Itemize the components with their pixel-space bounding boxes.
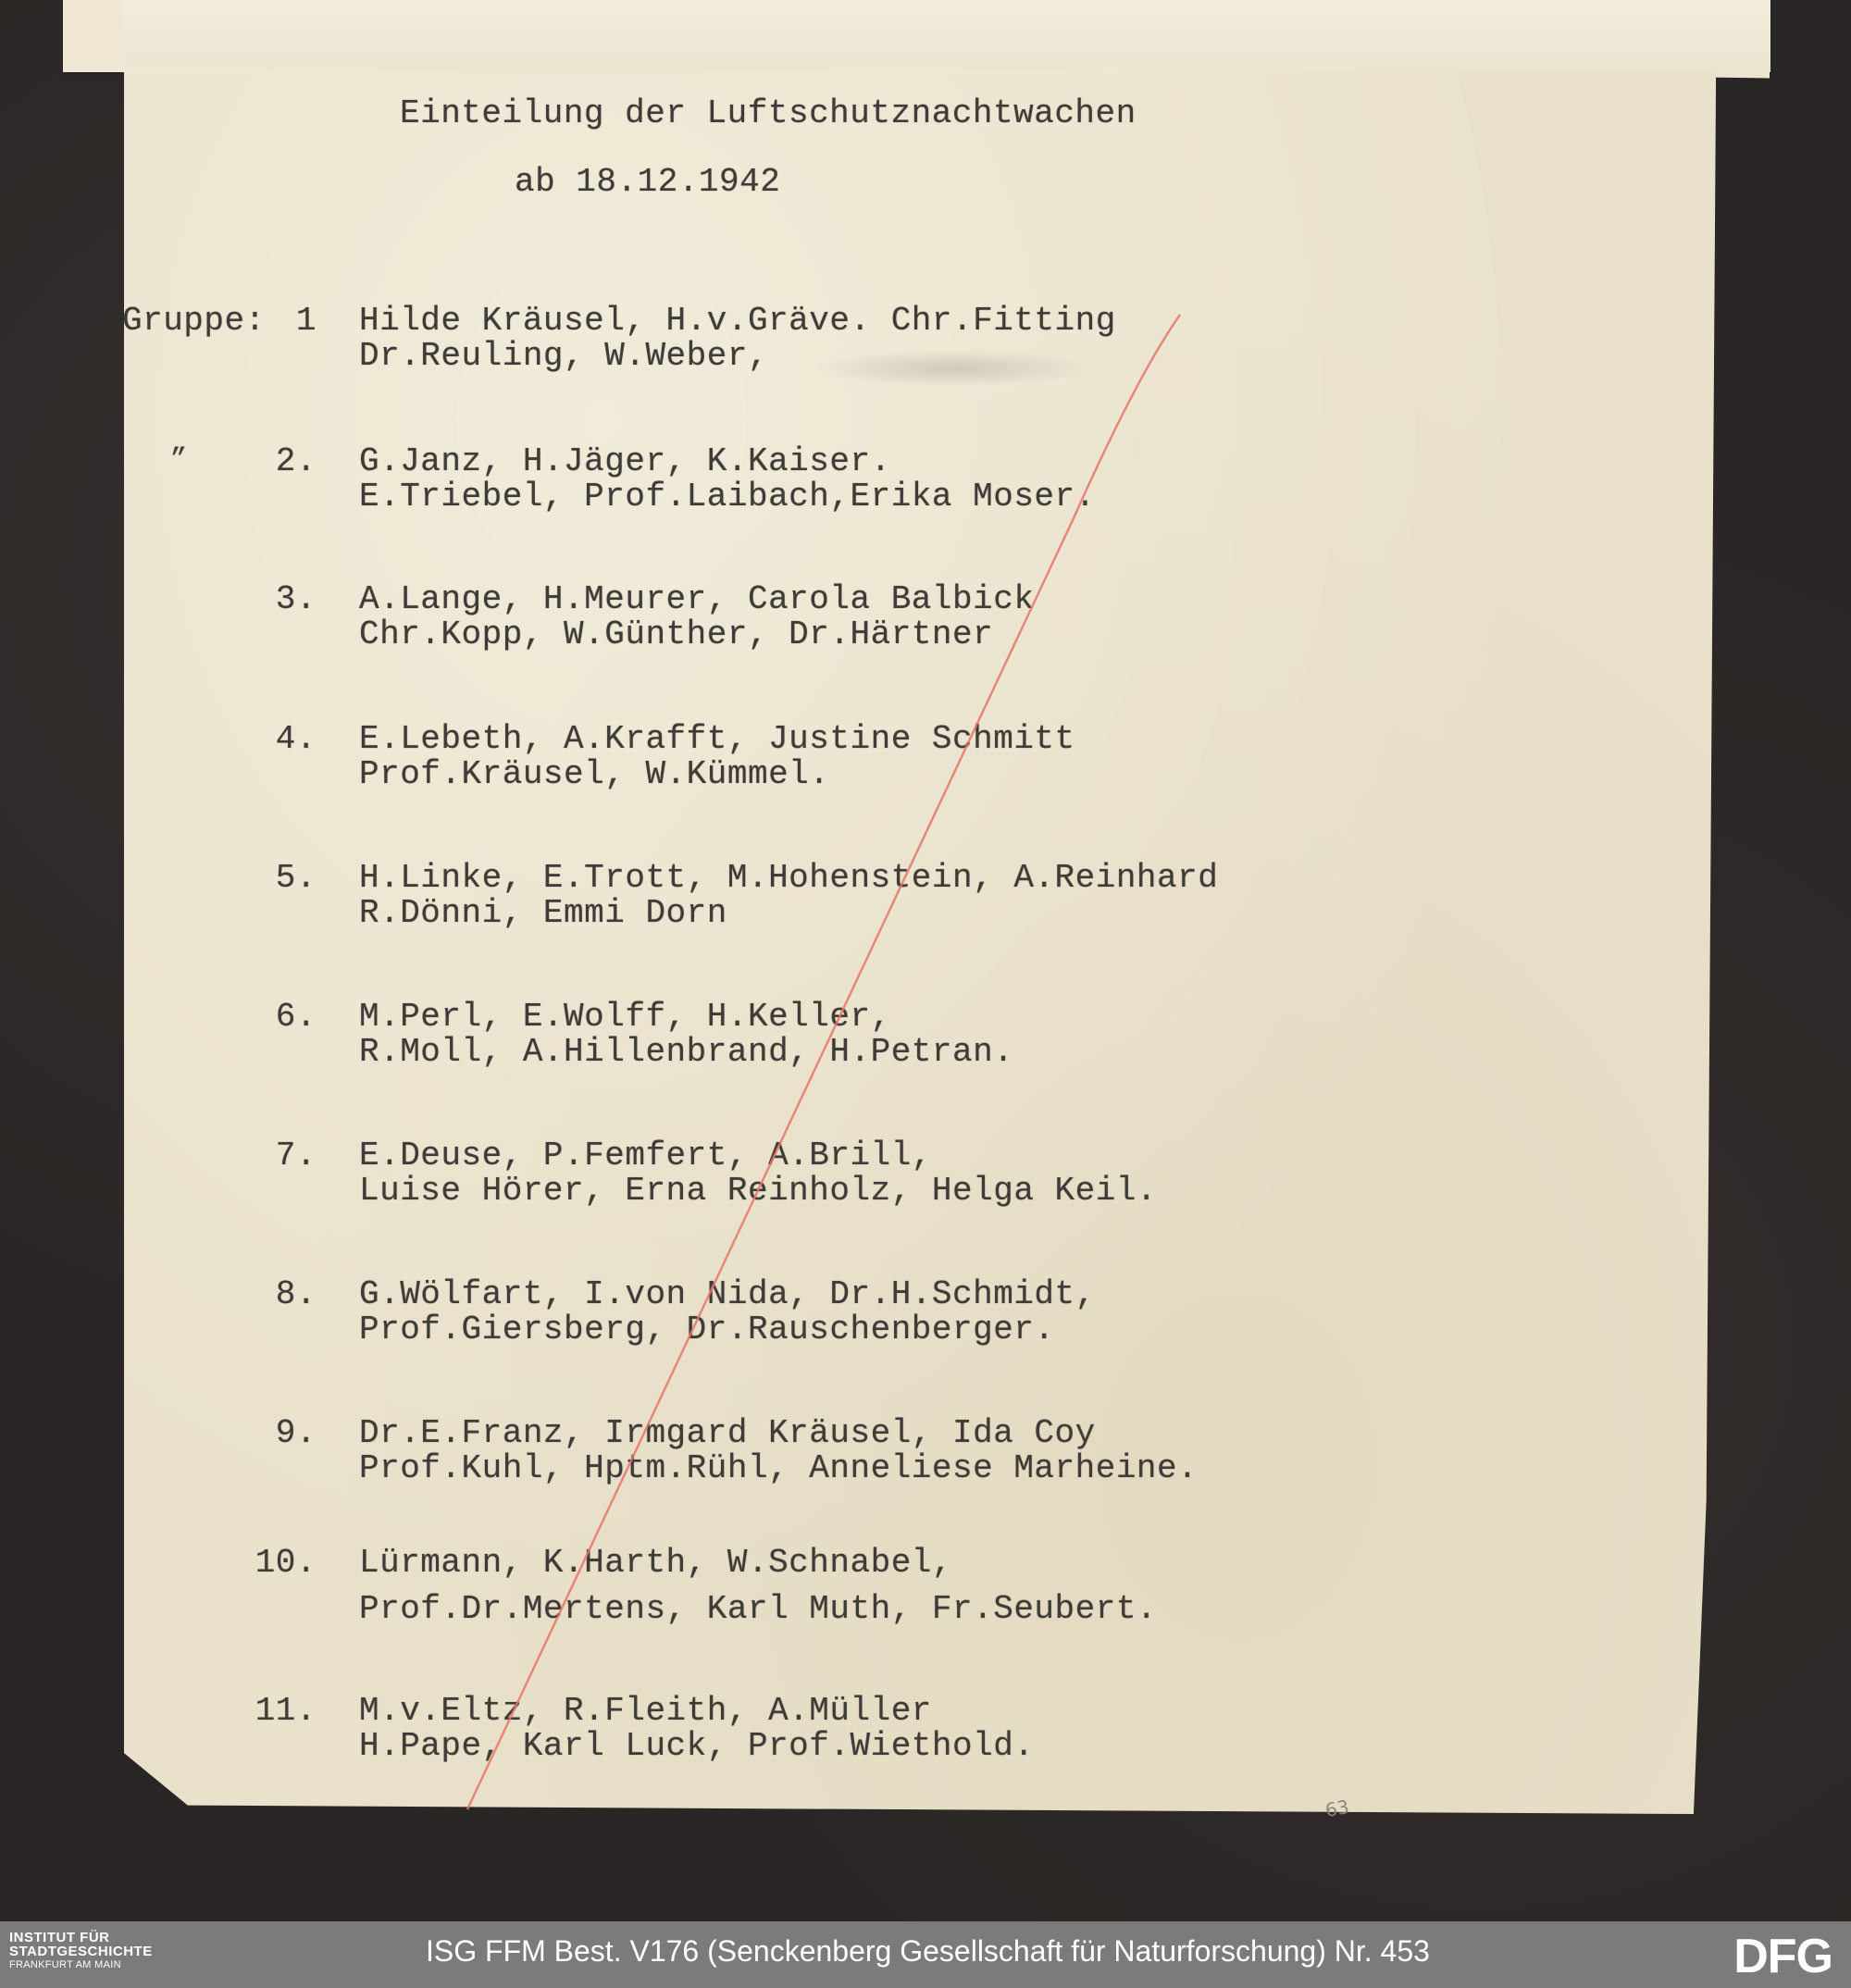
pencil-page-number: 63	[1323, 1795, 1350, 1821]
ditto-mark: ”	[170, 444, 188, 476]
group-line: E.Deuse, P.Femfert, A.Brill,	[359, 1137, 932, 1174]
group-line: G.Janz, H.Jäger, K.Kaiser.	[359, 442, 891, 480]
group-line: G.Wölfart, I.von Nida, Dr.H.Schmidt,	[359, 1275, 1096, 1313]
group-line: M.Perl, E.Wolff, H.Keller,	[359, 998, 891, 1036]
group-line: H.Pape, Karl Luck, Prof.Wiethold.	[359, 1727, 1034, 1765]
group-line: E.Triebel, Prof.Laibach,Erika Moser.	[359, 478, 1096, 516]
document-date: ab 18.12.1942	[515, 163, 780, 201]
group-line: M.v.Eltz, R.Fleith, A.Müller	[359, 1692, 932, 1730]
group-line: E.Lebeth, A.Krafft, Justine Schmitt	[359, 720, 1075, 758]
group-number: 10.	[242, 1544, 317, 1582]
group-number: 4.	[242, 720, 317, 758]
group-line: Hilde Kräusel, H.v.Gräve. Chr.Fitting	[359, 302, 1116, 340]
group-line: Prof.Giersberg, Dr.Rauschenberger.	[359, 1311, 1055, 1348]
group-number: 8.	[242, 1275, 317, 1313]
group-line: H.Linke, E.Trott, M.Hohenstein, A.Reinha…	[359, 859, 1218, 897]
group-number: 6.	[242, 998, 317, 1036]
document-title: Einteilung der Luftschutznachtwachen	[400, 94, 1137, 132]
group-line: Chr.Kopp, W.Günther, Dr.Härtner	[359, 615, 993, 653]
group-line: R.Dönni, Emmi Dorn	[359, 894, 727, 932]
group-number: 1	[242, 302, 317, 340]
group-number: 11.	[242, 1692, 317, 1730]
group-number: 9.	[242, 1414, 317, 1452]
group-line: Prof.Kuhl, Hptm.Rühl, Anneliese Marheine…	[359, 1449, 1198, 1487]
group-line: Dr.Reuling, W.Weber,	[359, 337, 768, 375]
group-number: 3.	[242, 580, 317, 618]
archive-footer-bar: INSTITUT FÜR STADTGESCHICHTE FRANKFURT A…	[0, 1921, 1851, 1988]
erased-text-smudge	[814, 350, 1092, 387]
dfg-logo: DFG	[1733, 1932, 1832, 1981]
institute-logo: INSTITUT FÜR STADTGESCHICHTE FRANKFURT A…	[9, 1931, 153, 1972]
archive-reference: ISG FFM Best. V176 (Senckenberg Gesellsc…	[426, 1934, 1430, 1969]
group-number: 5.	[242, 859, 317, 897]
group-line: Lürmann, K.Harth, W.Schnabel,	[359, 1544, 952, 1582]
group-line: Prof.Kräusel, W.Kümmel.	[359, 755, 829, 793]
group-line: Dr.E.Franz, Irmgard Kräusel, Ida Coy	[359, 1414, 1096, 1452]
group-line: A.Lange, H.Meurer, Carola Balbick	[359, 580, 1034, 618]
group-number: 2.	[242, 442, 317, 480]
group-line: Luise Hörer, Erna Reinholz, Helga Keil.	[359, 1172, 1157, 1210]
group-line: Prof.Dr.Mertens, Karl Muth, Fr.Seubert.	[359, 1590, 1157, 1628]
group-number: 7.	[242, 1137, 317, 1174]
group-line: R.Moll, A.Hillenbrand, H.Petran.	[359, 1033, 1013, 1071]
